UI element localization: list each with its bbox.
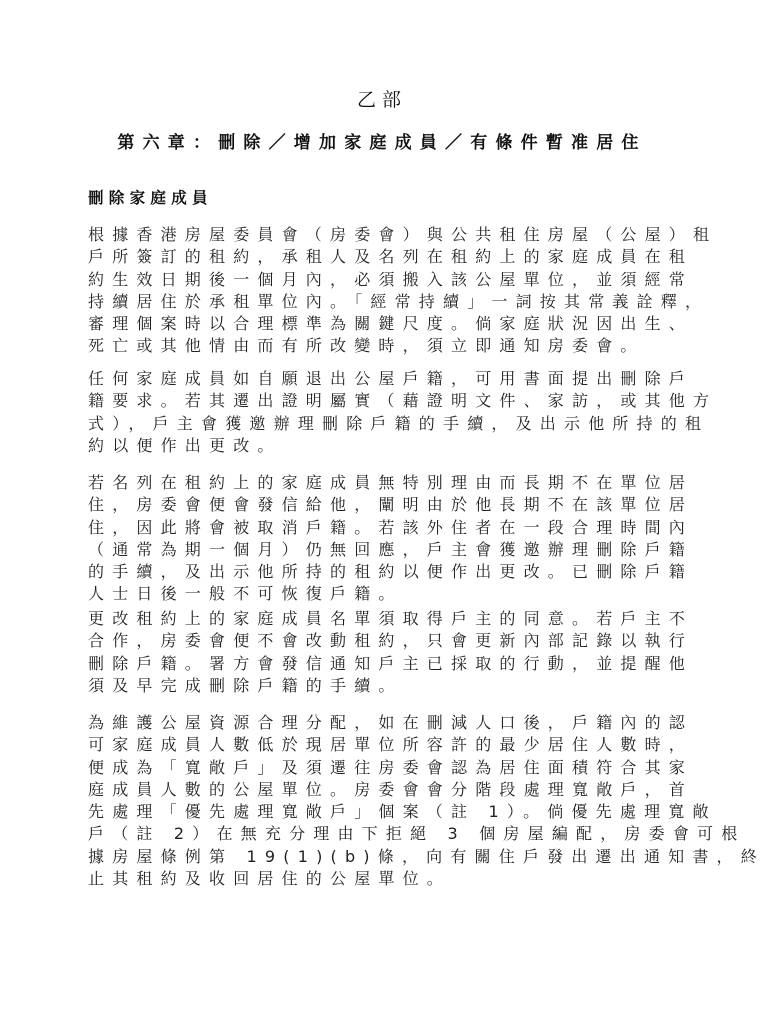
text-line: 合作，房委會便不會改動租約，只會更新內部記錄以執行	[88, 630, 676, 652]
section-heading: 刪除家庭成員	[88, 187, 213, 209]
text-line: 便成為「寬敞戶」及須遷往房委會認為居住面積符合其家	[88, 757, 676, 779]
text-line: 死亡或其他情由而有所改變時，須立即通知房委會。	[88, 335, 676, 357]
text-line: 任何家庭成員如自願退出公屋戶籍，可用書面提出刪除戶	[88, 368, 676, 390]
text-line: 式），戶主會獲邀辦理刪除戶籍的手續，及出示他所持的租	[88, 413, 676, 435]
text-line: 若名列在租約上的家庭成員無特別理由而長期不在單位居	[88, 472, 676, 494]
paragraph-voluntary-deletion: 任何家庭成員如自願退出公屋戶籍，可用書面提出刪除戶 籍要求。若其遷出證明屬實（藉…	[88, 368, 676, 457]
text-line: 庭成員人數的公屋單位。房委會會分階段處理寬敞戶，首	[88, 779, 676, 801]
text-line: （通常為期一個月）仍無回應，戶主會獲邀辦理刪除戶籍	[88, 539, 676, 561]
text-line: 先處理「優先處理寬敞戶」個案（註 1）。倘優先處理寬敞	[88, 801, 676, 823]
paragraph-tenant-consent: 更改租約上的家庭成員名單須取得戶主的同意。若戶主不 合作，房委會便不會改動租約，…	[88, 608, 676, 697]
text-line: 籍要求。若其遷出證明屬實（藉證明文件、家訪，或其他方	[88, 390, 676, 412]
text-line: 刪除戶籍。署方會發信通知戶主已採取的行動，並提醒他	[88, 653, 676, 675]
text-line: 約以便作出更改。	[88, 435, 676, 457]
text-line: 根據香港房屋委員會（房委會）與公共租住房屋（公屋）租	[88, 224, 676, 246]
text-line: 人士日後一般不可恢復戶籍。	[88, 583, 676, 605]
text-line: 據房屋條例第 19(1)(b)條，向有關住戶發出遷出通知書，終	[88, 846, 676, 868]
text-line: 可家庭成員人數低於現居單位所容許的最少居住人數時，	[88, 734, 676, 756]
text-line: 戶（註 2）在無充分理由下拒絕 3 個房屋編配，房委會可根	[88, 823, 676, 845]
text-line: 審理個案時以合理標準為關鍵尺度。倘家庭狀況因出生、	[88, 313, 676, 335]
text-line: 的手續，及出示他所持的租約以便作出更改。已刪除戶籍	[88, 561, 676, 583]
text-line: 須及早完成刪除戶籍的手續。	[88, 675, 676, 697]
paragraph-under-occupation: 為維護公屋資源合理分配，如在刪減人口後，戶籍內的認 可家庭成員人數低於現居單位所…	[88, 712, 676, 890]
text-line: 住，因此將會被取消戶籍。若該外住者在一段合理時間內	[88, 517, 676, 539]
paragraph-residence-requirement: 根據香港房屋委員會（房委會）與公共租住房屋（公屋）租 戶所簽訂的租約，承租人及名…	[88, 224, 676, 358]
chapter-title: 第六章：刪除／增加家庭成員／有條件暫准居住	[88, 131, 676, 155]
text-line: 止其租約及收回居住的公屋單位。	[88, 868, 676, 890]
paragraph-prolonged-absence: 若名列在租約上的家庭成員無特別理由而長期不在單位居 住，房委會便會發信給他，闡明…	[88, 472, 676, 606]
part-title: 乙部	[88, 88, 676, 112]
text-line: 更改租約上的家庭成員名單須取得戶主的同意。若戶主不	[88, 608, 676, 630]
text-line: 為維護公屋資源合理分配，如在刪減人口後，戶籍內的認	[88, 712, 676, 734]
text-line: 戶所簽訂的租約，承租人及名列在租約上的家庭成員在租	[88, 246, 676, 268]
text-line: 約生效日期後一個月內，必須搬入該公屋單位，並須經常	[88, 269, 676, 291]
text-line: 持續居住於承租單位內。「經常持續」一詞按其常義詮釋，	[88, 291, 676, 313]
text-line: 住，房委會便會發信給他，闡明由於他長期不在該單位居	[88, 494, 676, 516]
